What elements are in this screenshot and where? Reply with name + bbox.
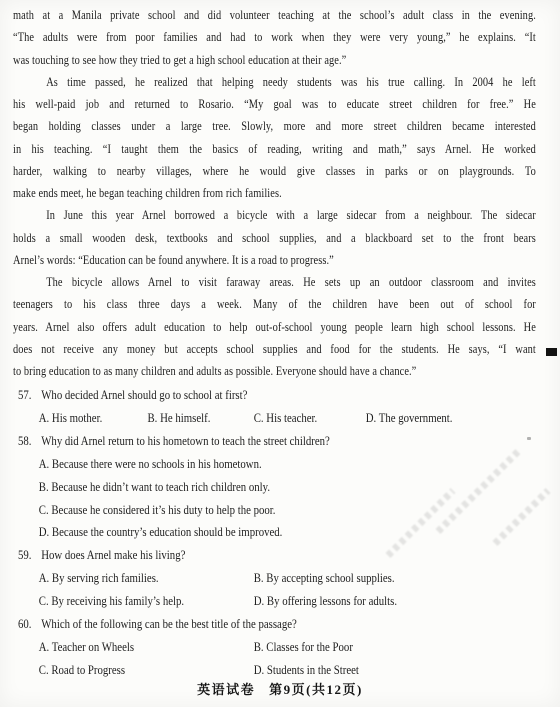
scanned-exam-page: math at a Manila private school and did … [0,0,560,707]
answer-option: C. By receiving his family’s help. [39,590,254,613]
answer-option: C. His teacher. [254,407,366,430]
question-number: 59. [18,544,41,567]
question-number: 57. [18,384,41,407]
scan-edge-mark [546,348,557,356]
reading-passage: math at a Manila private school and did … [13,4,536,382]
answer-option: D. Because the country’s education shoul… [39,521,543,544]
question-stem-row: 57. Who decided Arnel should go to schoo… [18,384,543,407]
question-stem-row: 60. Which of the following can be the be… [18,613,543,636]
answer-option: A. By serving rich families. [39,567,254,590]
options-grid: A. Teacher on Wheels B. Classes for the … [18,636,543,682]
passage-line: in his teaching. “I taught them the basi… [13,138,536,160]
passage-line: In June this year Arnel borrowed a bicyc… [13,204,536,226]
question-stem: Why did Arnel return to his hometown to … [41,430,542,453]
question-number: 58. [18,430,41,453]
question-58: 58. Why did Arnel return to his hometown… [18,430,543,545]
options-grid: A. By serving rich families. B. By accep… [18,567,543,613]
question-60: 60. Which of the following can be the be… [18,613,543,682]
question-stem-row: 59. How does Arnel make his living? [18,544,543,567]
question-section: 57. Who decided Arnel should go to schoo… [18,384,543,682]
options-row: A. His mother. B. He himself. C. His tea… [18,407,543,430]
paper-title: 英语试卷 [197,682,255,697]
passage-line: began holding classes under a large tree… [13,115,536,137]
answer-option: B. He himself. [147,407,253,430]
question-stem-row: 58. Why did Arnel return to his hometown… [18,430,543,453]
answer-option: C. Because he considered it’s his duty t… [39,499,543,522]
answer-option: D. By offering lessons for adults. [254,590,543,613]
answer-option: A. Teacher on Wheels [39,636,254,659]
question-59: 59. How does Arnel make his living? A. B… [18,544,543,613]
question-number: 60. [18,613,41,636]
passage-line: As time passed, he realized that helping… [13,71,536,93]
scan-speck [527,437,531,440]
passage-line: years. Arnel also offers adult education… [13,316,536,338]
passage-line: holds a small wooden desk, textbooks and… [13,227,536,249]
passage-line: teenagers to his class three days a week… [13,293,536,315]
answer-option: B. Because he didn’t want to teach rich … [39,476,543,499]
passage-line: harder, walking to nearby villages, wher… [13,160,536,182]
passage-paragraph: As time passed, he realized that helping… [13,71,536,205]
options-list: A. Because there were no schools in his … [18,453,543,545]
question-57: 57. Who decided Arnel should go to schoo… [18,384,543,430]
question-stem: Who decided Arnel should go to school at… [41,384,542,407]
answer-option: A. Because there were no schools in his … [39,453,543,476]
page-footer: 英语试卷第9页(共12页) [0,679,560,698]
passage-paragraph: In June this year Arnel borrowed a bicyc… [13,204,536,271]
passage-line: make ends meet, he began teaching childr… [13,182,536,204]
page-number: 第9页(共12页) [269,682,363,697]
passage-line: math at a Manila private school and did … [13,4,536,26]
passage-line: The bicycle allows Arnel to visit farawa… [13,271,536,293]
passage-line: to bring education to as many children a… [13,360,536,382]
answer-option: D. The government. [366,407,543,430]
question-stem: How does Arnel make his living? [41,544,542,567]
question-stem: Which of the following can be the best t… [41,613,542,636]
answer-option: B. Classes for the Poor [254,636,543,659]
passage-line: his well-paid job and returned to Rosari… [13,93,536,115]
answer-option: A. His mother. [39,407,148,430]
passage-line: does not receive any money but accepts s… [13,338,536,360]
passage-paragraph: The bicycle allows Arnel to visit farawa… [13,271,536,382]
passage-paragraph: math at a Manila private school and did … [13,4,536,71]
passage-line: “The adults were from poor families and … [13,26,536,48]
passage-line: Arnel’s words: “Education can be found a… [13,249,536,271]
answer-option: B. By accepting school supplies. [254,567,543,590]
passage-line: was touching to see how they tried to ge… [13,49,536,71]
